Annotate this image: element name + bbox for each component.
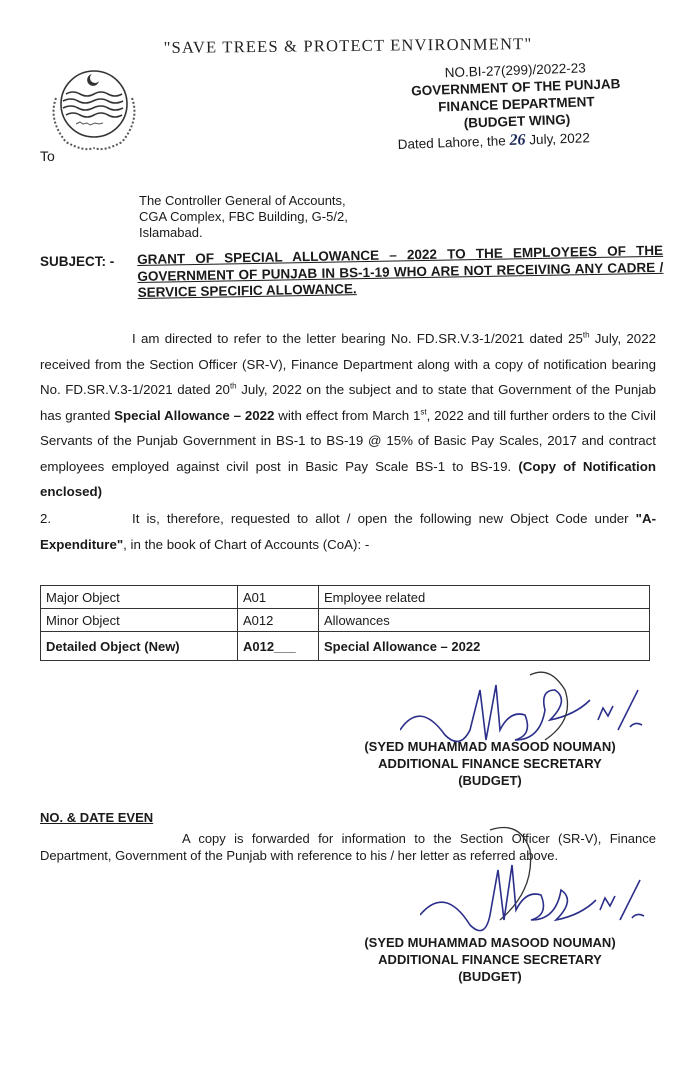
government-of-punjab-emblem-icon [36, 60, 148, 160]
addressee-block: The Controller General of Accounts, CGA … [139, 193, 348, 241]
object-level: Minor Object [41, 609, 238, 632]
object-description: Special Allowance – 2022 [319, 632, 650, 661]
object-description: Employee related [319, 586, 650, 609]
signatory-unit: (BUDGET) [340, 772, 640, 789]
object-code: A012___ [238, 632, 319, 661]
addressee-line: The Controller General of Accounts, [139, 193, 348, 209]
paragraph-2: 2.It is, therefore, requested to allot /… [40, 506, 656, 557]
object-description: Allowances [319, 609, 650, 632]
signatory-unit: (BUDGET) [340, 968, 640, 985]
signatory-name: (SYED MUHAMMAD MASOOD NOUMAN) [340, 934, 640, 951]
object-level: Major Object [41, 586, 238, 609]
motto: "SAVE TREES & PROTECT ENVIRONMENT" [0, 32, 696, 59]
to-label: To [40, 148, 55, 164]
table-row: Major ObjectA01Employee related [41, 586, 650, 609]
table-row: Minor ObjectA012Allowances [41, 609, 650, 632]
subject-label: SUBJECT: - [40, 254, 114, 269]
object-code: A012 [238, 609, 319, 632]
signatory-title: ADDITIONAL FINANCE SECRETARY [340, 755, 640, 772]
object-code: A01 [238, 586, 319, 609]
handwritten-day: 26 [509, 131, 526, 149]
signatory-title: ADDITIONAL FINANCE SECRETARY [340, 951, 640, 968]
copy-heading: NO. & DATE EVEN [40, 810, 153, 825]
addressee-line: Islamabad. [139, 225, 348, 241]
letter-header: NO.BI-27(299)/2022-23 GOVERNMENT OF THE … [395, 58, 638, 153]
signature-block-1: (SYED MUHAMMAD MASOOD NOUMAN) ADDITIONAL… [340, 738, 640, 789]
paragraph-number: 2. [40, 506, 132, 532]
signatory-name: (SYED MUHAMMAD MASOOD NOUMAN) [340, 738, 640, 755]
signature-block-2: (SYED MUHAMMAD MASOOD NOUMAN) ADDITIONAL… [340, 934, 640, 985]
signature-2 [420, 820, 660, 950]
subject-text: GRANT OF SPECIAL ALLOWANCE – 2022 TO THE… [137, 243, 664, 302]
object-level: Detailed Object (New) [41, 632, 238, 661]
object-code-table: Major ObjectA01Employee relatedMinor Obj… [40, 585, 650, 661]
addressee-line: CGA Complex, FBC Building, G-5/2, [139, 209, 348, 225]
paragraph-1: I am directed to refer to the letter bea… [40, 326, 656, 505]
table-row: Detailed Object (New)A012___Special Allo… [41, 632, 650, 661]
